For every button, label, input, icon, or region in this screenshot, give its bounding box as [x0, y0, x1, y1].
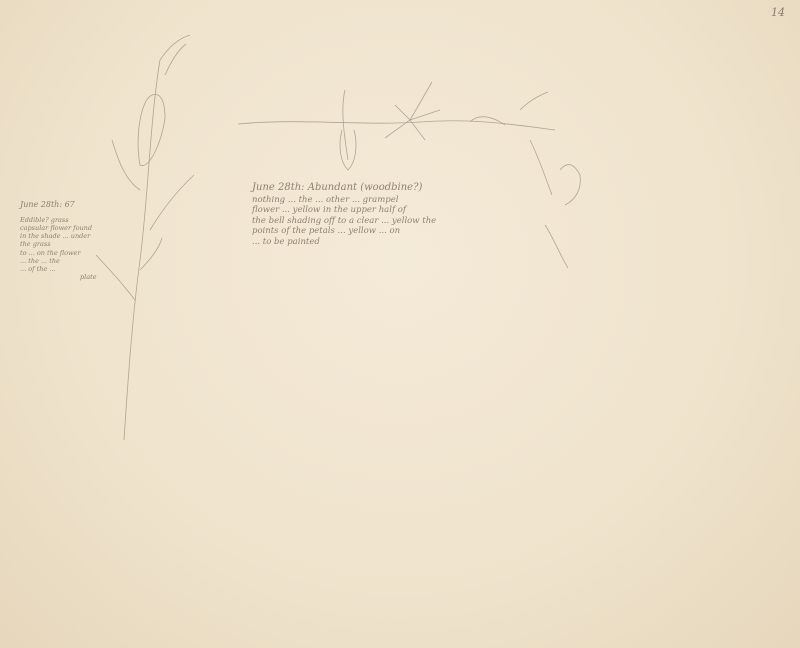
main-note-heading: June 28th: Abundant (woodbine?): [252, 182, 592, 195]
main-note-line: nothing ... the ... other ... grampel: [252, 195, 592, 206]
main-note-line: the bell shading off to a clear ... yell…: [252, 216, 592, 227]
side-note-line: the grass: [20, 240, 130, 248]
side-note-line: in the shade ... under: [20, 232, 130, 240]
main-note: June 28th: Abundant (woodbine?) nothing …: [252, 182, 592, 248]
pencil-sketches: [0, 0, 800, 648]
side-note-signature: plate: [80, 273, 130, 281]
side-note-line: to ... on the flower: [20, 249, 130, 257]
side-note-line: ... of the ...: [20, 265, 130, 273]
side-note-line: ... the ... the: [20, 257, 130, 265]
main-note-line: points of the petals ... yellow ... on: [252, 226, 592, 237]
side-note-line: capsular flower found: [20, 224, 130, 232]
main-note-line: ... to be painted: [252, 237, 592, 248]
side-note-heading: June 28th: 67: [20, 200, 130, 210]
side-note-line: Eddible? grass: [20, 216, 130, 224]
main-note-line: flower ... yellow in the upper half of: [252, 205, 592, 216]
sketchbook-page: 14 June 28th: Abundant (woodbine?) not: [0, 0, 800, 648]
side-note: June 28th: 67 Eddible? grass capsular fl…: [20, 200, 130, 281]
